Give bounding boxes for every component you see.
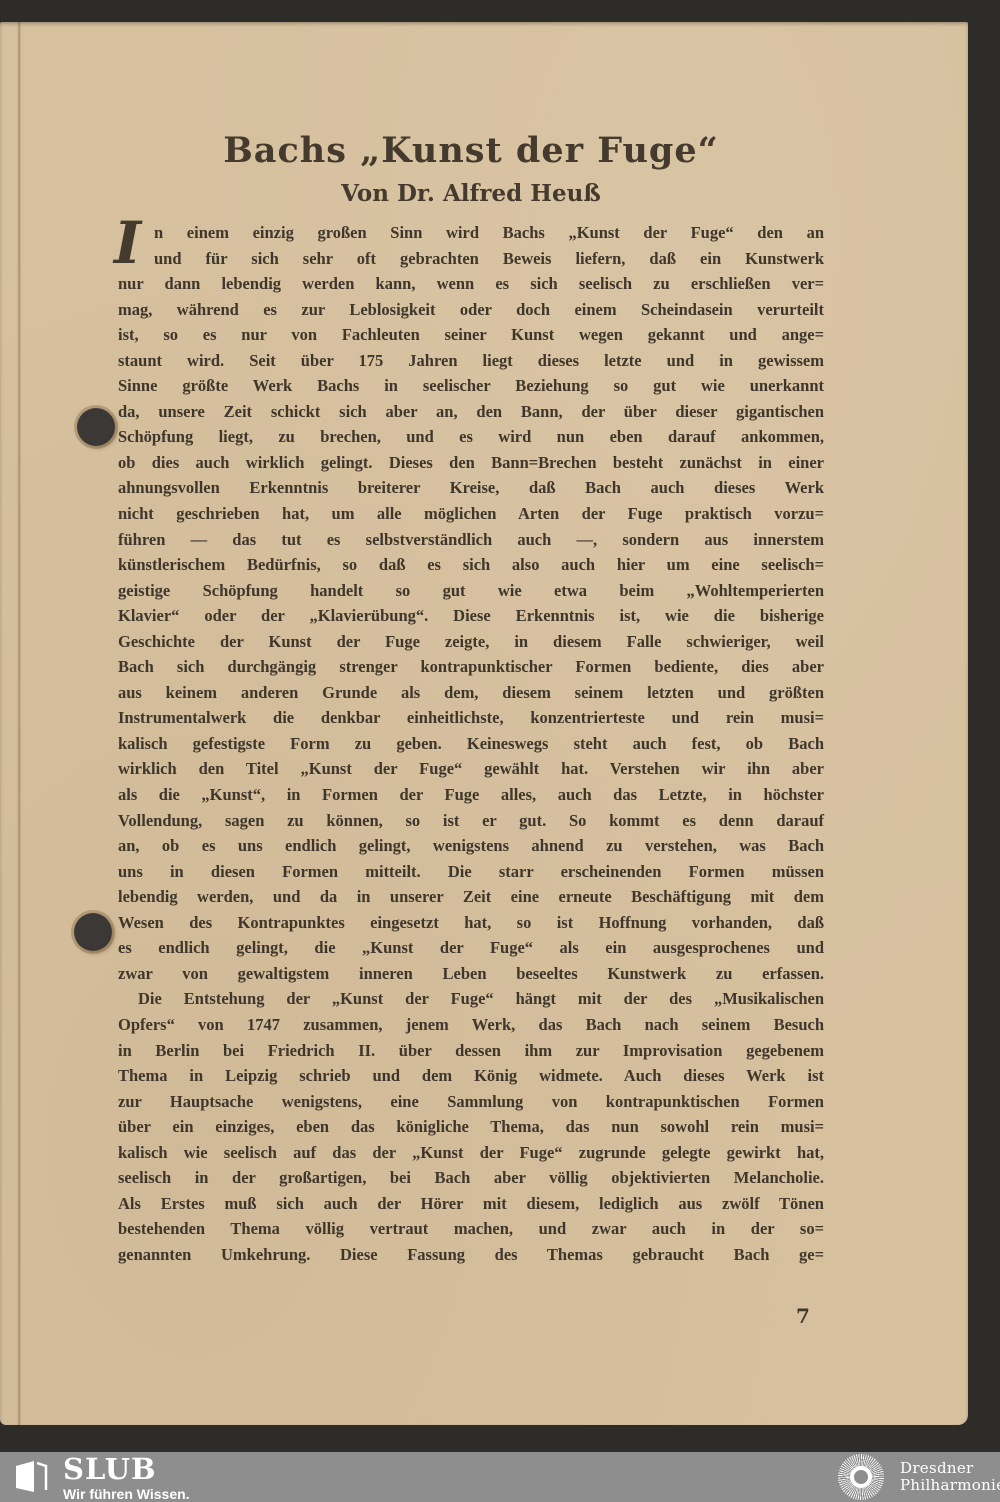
text-line: ahnungsvollen Erkenntnis breiterer Kreis…: [118, 475, 824, 501]
article: Bachs „Kunst der Fuge“ Von Dr. Alfred He…: [118, 130, 824, 1267]
text-line: Schöpfung liegt, zu brechen, und es wird…: [118, 424, 824, 450]
article-byline: Von Dr. Alfred Heuß: [118, 180, 824, 207]
text-line: zur Hauptsache wenigstens, eine Sammlung…: [118, 1089, 824, 1115]
text-line: in Berlin bei Friedrich II. über dessen …: [118, 1038, 824, 1064]
text-line: aus keinem anderen Grunde als dem, diese…: [118, 680, 824, 706]
paragraph: Die Entstehung der „Kunst der Fuge“ häng…: [118, 986, 824, 1267]
text-line: künstlerischem Bedürfnis, so daß es sich…: [118, 552, 824, 578]
paragraph: I n einem einzig großen Sinn wird Bachs …: [118, 220, 824, 986]
text-line: lebendig werden, und da in unserer Zeit …: [118, 884, 824, 910]
text-line: Thema in Leipzig schrieb und dem König w…: [118, 1063, 824, 1089]
philharmonie-logo[interactable]: Dresdner Philharmonie: [838, 1452, 1000, 1502]
text-line: Geschichte der Kunst der Fuge zeigte, in…: [118, 629, 824, 655]
text-line: da, unsere Zeit schickt sich aber an, de…: [118, 399, 824, 425]
text-line: an, ob es uns endlich gelingt, wenigsten…: [118, 833, 824, 859]
text-line: mag, während es zur Leblosigkeit oder do…: [118, 297, 824, 323]
document-page: Bachs „Kunst der Fuge“ Von Dr. Alfred He…: [0, 22, 968, 1425]
text-line: geistige Schöpfung handelt so gut wie et…: [118, 578, 824, 604]
text-line: Sinne größte Werk Bachs in seelischer Be…: [118, 373, 824, 399]
drop-cap: I: [114, 214, 141, 272]
text-line: Bach sich durchgängig strenger kontrapun…: [118, 654, 824, 680]
text-line: kalisch wie seelisch auf das der „Kunst …: [118, 1140, 824, 1166]
text-line: genannten Umkehrung. Diese Fassung des T…: [118, 1242, 824, 1268]
article-title: Bachs „Kunst der Fuge“: [118, 130, 824, 171]
article-body: I n einem einzig großen Sinn wird Bachs …: [118, 220, 824, 1267]
text-line: als die „Kunst“, in Formen der Fuge alle…: [118, 782, 824, 808]
text-line: ist, so es nur von Fachleuten seiner Kun…: [118, 322, 824, 348]
text-line: nicht geschrieben hat, um alle möglichen…: [118, 501, 824, 527]
scan-background: Bachs „Kunst der Fuge“ Von Dr. Alfred He…: [0, 0, 1000, 1502]
text-line: Vollendung, sagen zu können, so ist er g…: [118, 808, 824, 834]
page-fold: [17, 22, 21, 1425]
text-line: seelisch in der großartigen, bei Bach ab…: [118, 1165, 824, 1191]
text-line: ob dies auch wirklich gelingt. Dieses de…: [118, 450, 824, 476]
text-line: es endlich gelingt, die „Kunst der Fuge“…: [118, 935, 824, 961]
punch-hole: [77, 408, 115, 446]
text-line: und für sich sehr oft gebrachten Beweis …: [154, 246, 824, 272]
text-line: Klavier“ oder der „Klavierübung“. Diese …: [118, 603, 824, 629]
slub-wordmark: SLUB: [63, 1455, 190, 1484]
page-number: 7: [796, 1304, 826, 1328]
text-line: n einem einzig großen Sinn wird Bachs „K…: [154, 220, 824, 246]
text-line: uns in diesen Formen mitteilt. Die starr…: [118, 859, 824, 885]
text-line: zwar von gewaltigstem inneren Leben bese…: [118, 961, 824, 987]
text-line: Wesen des Kontrapunktes eingesetzt hat, …: [118, 910, 824, 936]
slub-tagline: Wir führen Wissen.: [63, 1486, 190, 1502]
philharmonie-name-line1: Dresdner: [900, 1460, 1000, 1477]
text-line: Die Entstehung der „Kunst der Fuge“ häng…: [118, 986, 824, 1012]
book-icon: [13, 1455, 49, 1497]
text-line: Opfers“ von 1747 zusammen, jenem Werk, d…: [118, 1012, 824, 1038]
sunburst-icon: [838, 1454, 884, 1500]
text-line: Als Erstes muß sich auch der Hörer mit d…: [118, 1191, 824, 1217]
text-line: staunt wird. Seit über 175 Jahren liegt …: [118, 348, 824, 374]
text-line: nur dann lebendig werden kann, wenn es s…: [118, 271, 824, 297]
text-line: bestehenden Thema völlig vertraut machen…: [118, 1216, 824, 1242]
text-line: wirklich den Titel „Kunst der Fuge“ gewä…: [118, 756, 824, 782]
viewer-footer: SLUB Wir führen Wissen. Dresdner Philhar…: [0, 1452, 1000, 1502]
text-line: kalisch gefestigste Form zu geben. Keine…: [118, 731, 824, 757]
text-line: führen — das tut es selbstverständlich a…: [118, 527, 824, 553]
punch-hole: [74, 913, 112, 951]
text-line: Instrumentalwerk die denkbar einheitlich…: [118, 705, 824, 731]
text-line: über ein einziges, eben das königliche T…: [118, 1114, 824, 1140]
philharmonie-name-line2: Philharmonie: [900, 1477, 1000, 1494]
slub-logo[interactable]: SLUB Wir führen Wissen.: [13, 1455, 190, 1502]
